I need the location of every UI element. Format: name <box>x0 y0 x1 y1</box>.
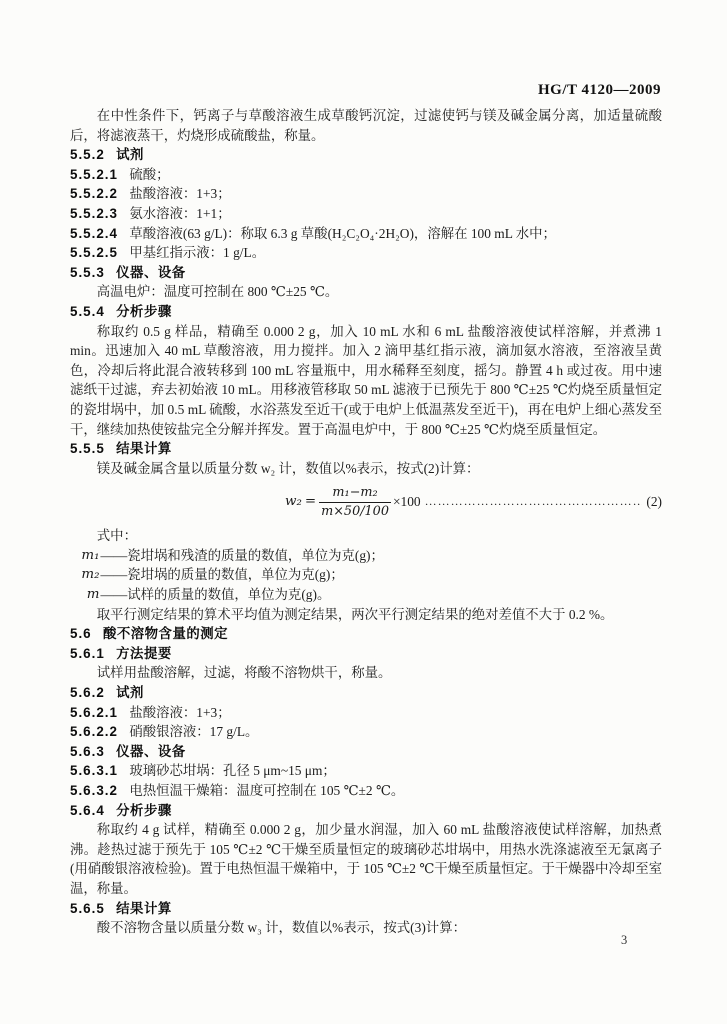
definition-row: m₁——瓷坩埚和残渣的质量的数值，单位为克(g)； <box>70 546 662 566</box>
clause-item: 5.5.2.4草酸溶液(63 g/L)：称取 6.3 g 草酸(H₂C₂O₄·2… <box>70 224 662 244</box>
page-number: 3 <box>621 933 627 948</box>
clause-number: 5.6.1 <box>70 646 105 661</box>
clause-heading: 5.6.2试剂 <box>70 683 662 703</box>
formula-lhs: w₂ <box>285 492 302 512</box>
formula-numerator: m₁−m₂ <box>319 485 391 503</box>
document-body: 在中性条件下，钙离子与草酸溶液生成草酸钙沉淀，过滤使钙与镁及碱金属分离，加适量硫… <box>70 106 662 938</box>
paragraph: 取平行测定结果的算术平均值为测定结果，两次平行测定结果的绝对差值不大于 0.2 … <box>70 605 662 625</box>
formula: w₂=m₁−m₂m×50/100×100……………………………………………………… <box>285 481 662 523</box>
clause-heading: 5.6.5结果计算 <box>70 899 662 919</box>
clause-text: 试剂 <box>116 147 144 162</box>
clause-item: 5.5.2.2盐酸溶液：1+3； <box>70 184 662 204</box>
clause-number: 5.6.3.1 <box>70 763 118 778</box>
clause-text: 硝酸银溶液：17 g/L。 <box>129 724 258 739</box>
clause-number: 5.5.2.2 <box>70 186 118 201</box>
clause-item: 5.6.3.1玻璃砂芯坩埚：孔径 5 μm~15 μm； <box>70 761 662 781</box>
clause-text: 甲基红指示液：1 g/L。 <box>129 245 265 260</box>
formula-fraction: m₁−m₂m×50/100 <box>319 485 391 520</box>
clause-heading: 5.5.5结果计算 <box>70 439 662 459</box>
clause-number: 5.5.2.3 <box>70 206 118 221</box>
clause-text: 盐酸溶液：1+3； <box>129 705 230 720</box>
clause-heading: 5.6.3仪器、设备 <box>70 742 662 762</box>
clause-text: 分析步骤 <box>116 803 172 818</box>
clause-text: 草酸溶液(63 g/L)：称取 6.3 g 草酸(H₂C₂O₄·2H₂O)，溶解… <box>129 226 556 241</box>
definition-text: ——瓷坩埚和残渣的质量的数值，单位为克(g)； <box>100 546 662 566</box>
equals-sign: = <box>305 492 316 512</box>
clause-heading: 5.6酸不溶物含量的测定 <box>70 624 662 644</box>
paragraph: 高温电炉：温度可控制在 800 ℃±25 ℃。 <box>70 282 662 302</box>
clause-text: 氨水溶液：1+1； <box>129 206 230 221</box>
clause-number: 5.6.4 <box>70 803 105 818</box>
definition-term: m₁ <box>70 546 99 566</box>
clause-text: 结果计算 <box>116 901 172 916</box>
clause-number: 5.5.2 <box>70 147 105 162</box>
clause-number: 5.5.3 <box>70 265 105 280</box>
clause-heading: 5.5.2试剂 <box>70 145 662 165</box>
clause-text: 酸不溶物含量的测定 <box>103 626 228 641</box>
definition-text: ——试样的质量的数值，单位为克(g)。 <box>100 585 662 605</box>
clause-text: 仪器、设备 <box>116 265 185 280</box>
clause-text: 试剂 <box>116 685 144 700</box>
clause-number: 5.5.2.1 <box>70 167 118 182</box>
formula-denominator: m×50/100 <box>319 503 391 520</box>
clause-number: 5.6.2.2 <box>70 724 118 739</box>
clause-text: 仪器、设备 <box>116 744 185 759</box>
definition-row: m——试样的质量的数值，单位为克(g)。 <box>70 585 662 605</box>
document-page: HG/T 4120—2009 在中性条件下，钙离子与草酸溶液生成草酸钙沉淀，过滤… <box>0 0 727 1024</box>
paragraph: 称取约 4 g 试样，精确至 0.000 2 g，加少量水润湿，加入 60 mL… <box>70 820 662 898</box>
clause-item: 5.5.2.3氨水溶液：1+1； <box>70 204 662 224</box>
clause-text: 盐酸溶液：1+3； <box>129 186 230 201</box>
clause-number: 5.5.4 <box>70 304 105 319</box>
clause-item: 5.6.2.1盐酸溶液：1+3； <box>70 703 662 723</box>
formula-label: (2) <box>646 492 662 512</box>
clause-item: 5.6.2.2硝酸银溶液：17 g/L。 <box>70 722 662 742</box>
definition-term: m₂ <box>70 565 99 585</box>
clause-number: 5.6.2 <box>70 685 105 700</box>
clause-item: 5.5.2.1硫酸； <box>70 165 662 185</box>
clause-heading: 5.6.4分析步骤 <box>70 801 662 821</box>
paragraph: 镁及碱金属含量以质量分数 w₂ 计，数值以%表示，按式(2)计算： <box>70 459 662 479</box>
paragraph: 式中： <box>70 526 662 546</box>
page-header: HG/T 4120—2009 <box>538 82 661 99</box>
clause-number: 5.5.5 <box>70 441 105 456</box>
paragraph: 在中性条件下，钙离子与草酸溶液生成草酸钙沉淀，过滤使钙与镁及碱金属分离，加适量硫… <box>70 106 662 145</box>
clause-number: 5.6 <box>70 626 92 641</box>
paragraph: 称取约 0.5 g 样品，精确至 0.000 2 g，加入 10 mL 水和 6… <box>70 322 662 440</box>
paragraph: 酸不溶物含量以质量分数 w₃ 计，数值以%表示，按式(3)计算： <box>70 918 662 938</box>
clause-number: 5.6.3 <box>70 744 105 759</box>
clause-heading: 5.5.4分析步骤 <box>70 302 662 322</box>
standard-number: HG/T 4120—2009 <box>538 82 661 98</box>
clause-number: 5.6.2.1 <box>70 705 118 720</box>
clause-number: 5.5.2.5 <box>70 245 118 260</box>
definition-term: m <box>70 585 99 605</box>
clause-text: 电热恒温干燥箱：温度可控制在 105 ℃±2 ℃。 <box>129 783 404 798</box>
clause-number: 5.6.5 <box>70 901 105 916</box>
clause-item: 5.5.2.5甲基红指示液：1 g/L。 <box>70 243 662 263</box>
clause-number: 5.6.3.2 <box>70 783 118 798</box>
formula-dots: ……………………………………………………………………………… <box>425 492 643 512</box>
clause-text: 方法提要 <box>116 646 172 661</box>
clause-number: 5.5.2.4 <box>70 226 118 241</box>
clause-heading: 5.6.1方法提要 <box>70 644 662 664</box>
definition-row: m₂——瓷坩埚的质量的数值，单位为克(g)； <box>70 565 662 585</box>
clause-text: 结果计算 <box>116 441 172 456</box>
clause-text: 硫酸； <box>129 167 169 182</box>
clause-text: 分析步骤 <box>116 304 172 319</box>
clause-heading: 5.5.3仪器、设备 <box>70 263 662 283</box>
definition-text: ——瓷坩埚的质量的数值，单位为克(g)； <box>100 565 662 585</box>
paragraph: 试样用盐酸溶解，过滤，将酸不溶物烘干，称量。 <box>70 663 662 683</box>
formula-multiplier: ×100 <box>393 492 421 512</box>
clause-text: 玻璃砂芯坩埚：孔径 5 μm~15 μm； <box>129 763 335 778</box>
clause-item: 5.6.3.2电热恒温干燥箱：温度可控制在 105 ℃±2 ℃。 <box>70 781 662 801</box>
